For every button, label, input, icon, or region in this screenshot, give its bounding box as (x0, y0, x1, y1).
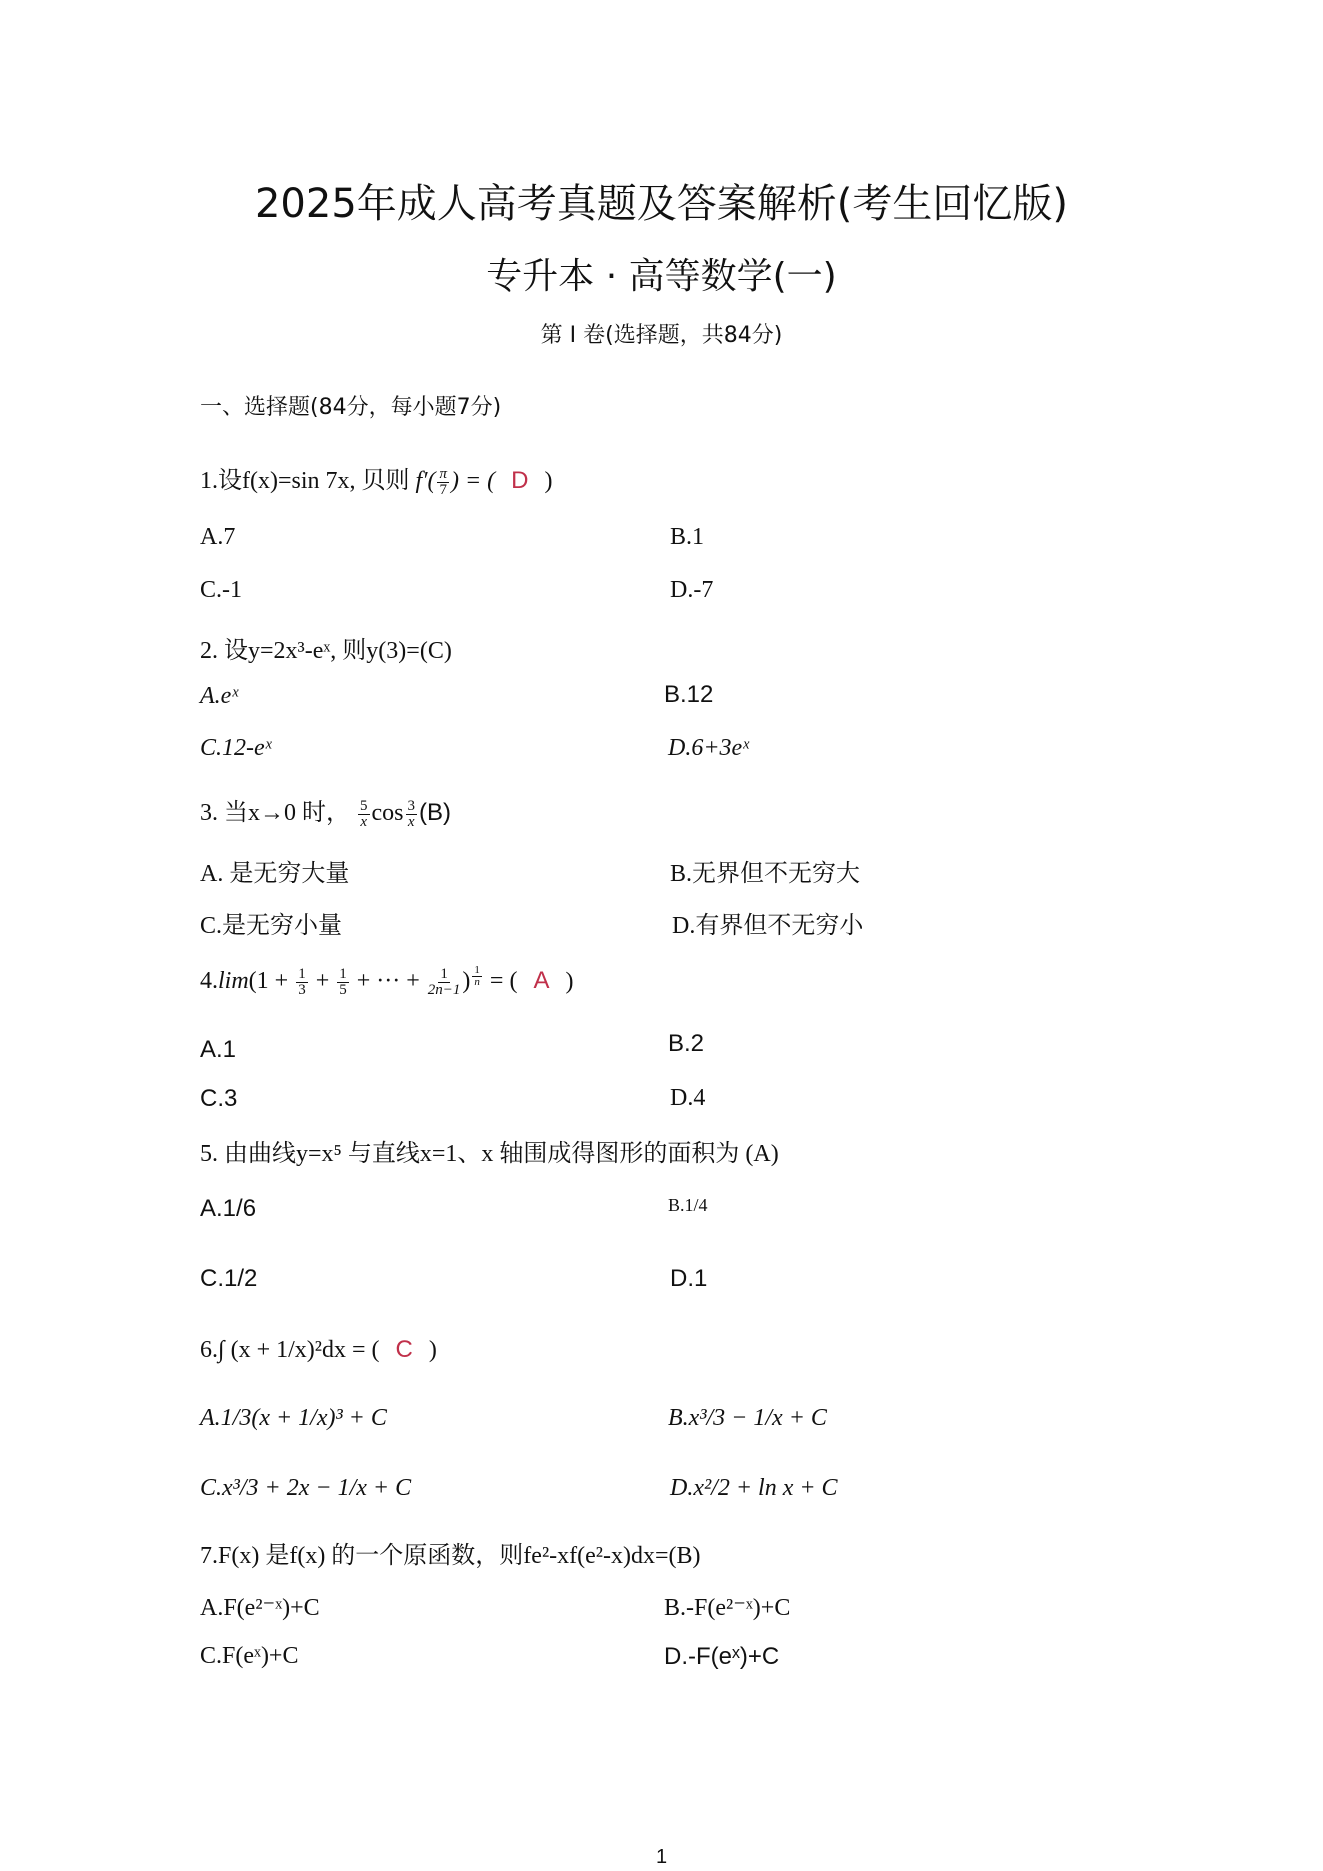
q3-cos: cos (372, 800, 404, 826)
q3-option-c: C.是无穷小量 (200, 905, 342, 940)
q6-option-d: D.x²/2 + ln x + C (670, 1475, 838, 1502)
page-number: 1 (0, 1846, 1323, 1869)
question-2-stem: 2. 设y=2x³-eˣ, 则y(3)=(C) (200, 630, 452, 665)
q1-math: f′(π7) = ( (416, 468, 496, 494)
q1-option-a: A.7 (200, 524, 235, 551)
q6-option-a: A.1/3(x + 1/x)³ + C (200, 1405, 387, 1432)
q3-fraction-1: 5x (358, 799, 370, 830)
q2-option-d: D.6+3eˣ (668, 735, 749, 762)
q4-close: ) (565, 968, 573, 994)
q3-option-b: B.无界但不无穷大 (670, 853, 860, 888)
q3-option-a: A. 是无穷大量 (200, 853, 349, 888)
q1-option-c: C.-1 (200, 577, 242, 604)
q2-option-c: C.12-eˣ (200, 735, 271, 762)
q4-math: 4.lim(1 + 13 + 15 + ··· + 12n−1)1n = ( (200, 968, 517, 994)
q6-option-c: C.x³/3 + 2x − 1/x + C (200, 1475, 411, 1502)
q3-text: 3. 当x→0 时， (200, 800, 350, 826)
question-4-stem: 4.lim(1 + 13 + 15 + ··· + 12n−1)1n = ( A… (200, 965, 573, 998)
q5-option-a: A.1/6 (200, 1195, 256, 1223)
q6-answer: C (395, 1336, 412, 1363)
document-subtitle: 专升本 · 高等数学(一) (0, 248, 1323, 299)
q4-option-c: C.3 (200, 1085, 237, 1113)
question-6-stem: 6.∫ (x + 1/x)²dx = ( C ) (200, 1336, 437, 1364)
q6-option-b: B.x³/3 − 1/x + C (668, 1405, 827, 1432)
q1-option-d: D.-7 (670, 577, 713, 604)
question-3-stem: 3. 当x→0 时， 5xcos3x(B) (200, 792, 451, 830)
q4-option-d: D.4 (670, 1085, 705, 1112)
q4-option-a: A.1 (200, 1036, 236, 1064)
question-5-stem: 5. 由曲线y=x⁵ 与直线x=1、x 轴围成得图形的面积为 (A) (200, 1133, 779, 1168)
question-7-stem: 7.F(x) 是f(x) 的一个原函数，则fe²-xf(e²-x)dx=(B) (200, 1535, 700, 1570)
q6-math: 6.∫ (x + 1/x)²dx = ( (200, 1337, 379, 1363)
q6-close: ) (429, 1337, 437, 1363)
question-1-stem: 1.设f(x)=sin 7x, 贝则 f′(π7) = ( D ) (200, 460, 553, 498)
q2-option-b: B.12 (664, 681, 713, 709)
q7-option-a: A.F(e²⁻ˣ)+C (200, 1593, 320, 1622)
document-page: 2025年成人高考真题及答案解析(考生回忆版) 专升本 · 高等数学(一) 第 … (0, 0, 1323, 1871)
q4-answer: A (533, 967, 549, 994)
q1-option-b: B.1 (670, 524, 704, 551)
q5-option-c: C.1/2 (200, 1265, 257, 1293)
volume-heading: 第 I 卷(选择题，共84分) (0, 318, 1323, 349)
section-heading: 一、选择题(84分，每小题7分) (200, 390, 501, 421)
q7-option-c: C.F(eˣ)+C (200, 1643, 298, 1670)
q7-option-d: D.-F(eˣ)+C (664, 1643, 779, 1671)
q2-option-a: A.eˣ (200, 683, 238, 710)
q1-close: ) (545, 468, 553, 494)
q1-answer: D (511, 467, 528, 494)
q3-fraction-2: 3x (406, 799, 418, 830)
q5-option-d: D.1 (670, 1265, 707, 1293)
q7-option-b: B.-F(e²⁻ˣ)+C (664, 1593, 790, 1622)
q3-option-d: D.有界但不无穷小 (672, 905, 863, 940)
q4-option-b: B.2 (668, 1030, 704, 1058)
q3-answer: (B) (419, 799, 451, 826)
q1-text: 1.设f(x)=sin 7x, 贝则 (200, 468, 410, 494)
q5-option-b: B.1/4 (668, 1195, 708, 1216)
document-title: 2025年成人高考真题及答案解析(考生回忆版) (0, 172, 1323, 229)
